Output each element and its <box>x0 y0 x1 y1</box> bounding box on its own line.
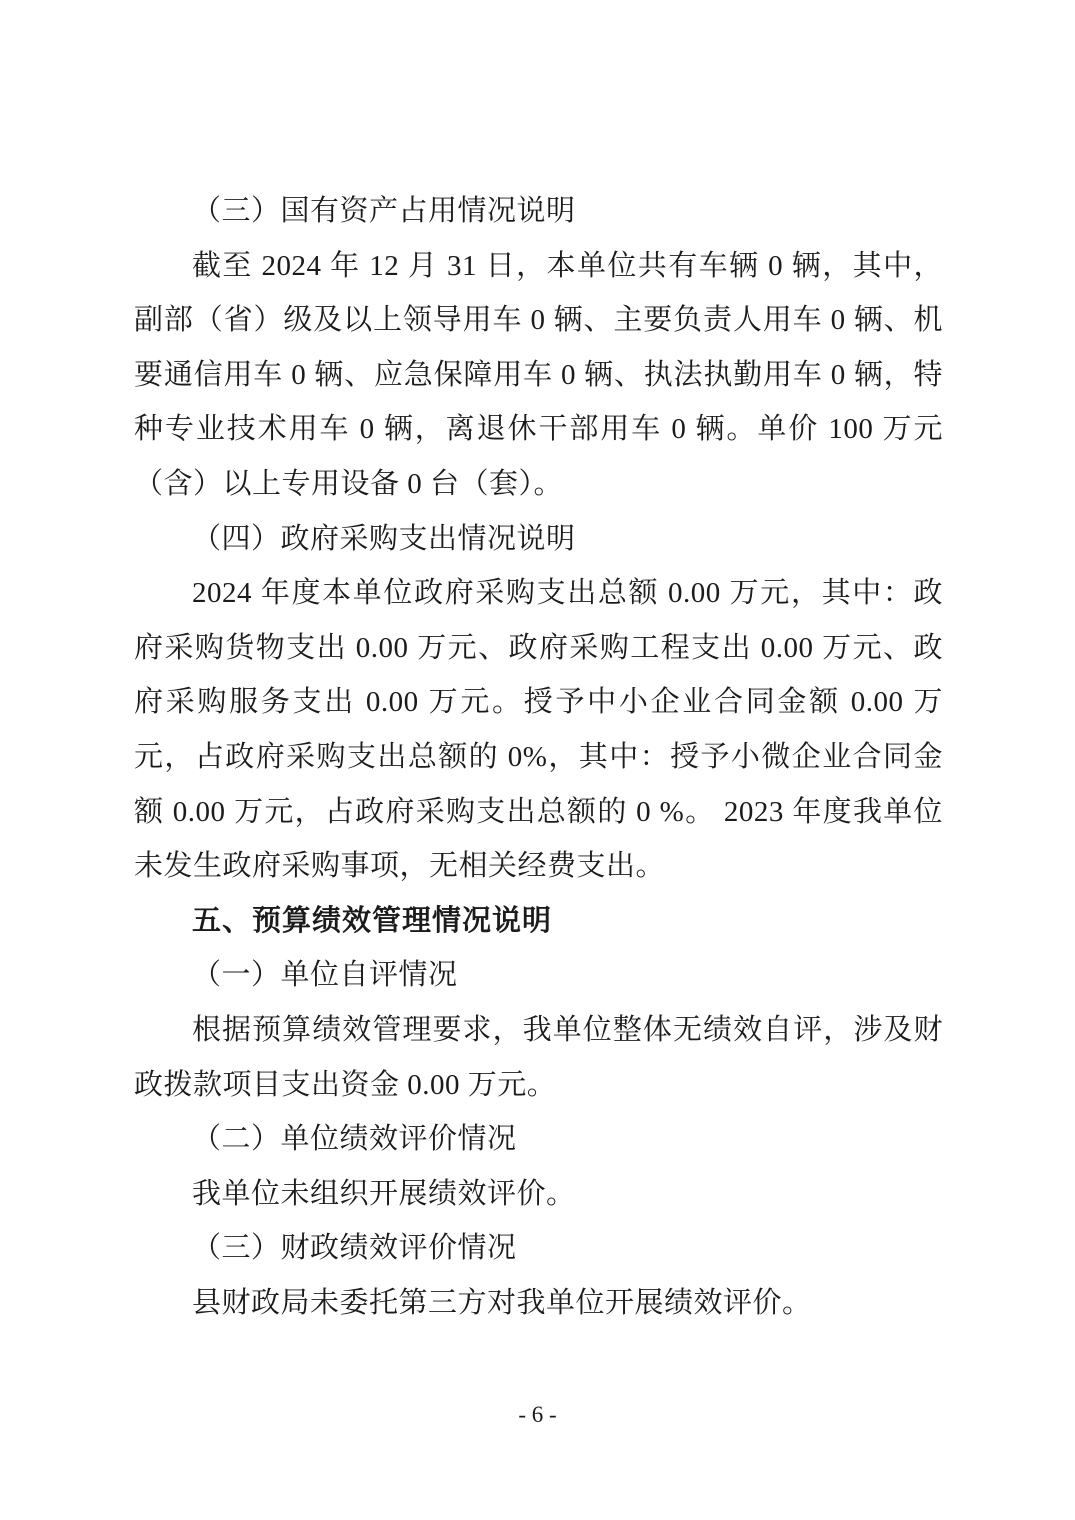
paragraph-state-assets: 截至 2024 年 12 月 31 日，本单位共有车辆 0 辆，其中，副部（省）… <box>134 239 943 512</box>
page-number: - 6 - <box>0 1400 1075 1430</box>
chapter-heading-budget-performance: 五、预算绩效管理情况说明 <box>134 894 943 949</box>
page-content: （三）国有资产占用情况说明 截至 2024 年 12 月 31 日，本单位共有车… <box>134 184 943 1330</box>
paragraph-unit-performance-evaluation: 我单位未组织开展绩效评价。 <box>134 1167 943 1222</box>
document-page: （三）国有资产占用情况说明 截至 2024 年 12 月 31 日，本单位共有车… <box>0 0 1075 1520</box>
paragraph-self-evaluation: 根据预算绩效管理要求，我单位整体无绩效自评，涉及财政拨款项目支出资金 0.00 … <box>134 1003 943 1112</box>
section-heading-gov-procurement: （四）政府采购支出情况说明 <box>134 512 943 567</box>
section-heading-state-assets: （三）国有资产占用情况说明 <box>134 184 943 239</box>
section-heading-self-evaluation: （一）单位自评情况 <box>134 948 943 1003</box>
section-heading-unit-performance-evaluation: （二）单位绩效评价情况 <box>134 1112 943 1167</box>
section-heading-fiscal-performance-evaluation: （三）财政绩效评价情况 <box>134 1221 943 1276</box>
paragraph-fiscal-performance-evaluation: 县财政局未委托第三方对我单位开展绩效评价。 <box>134 1276 943 1331</box>
paragraph-gov-procurement: 2024 年度本单位政府采购支出总额 0.00 万元，其中：政府采购货物支出 0… <box>134 566 943 894</box>
